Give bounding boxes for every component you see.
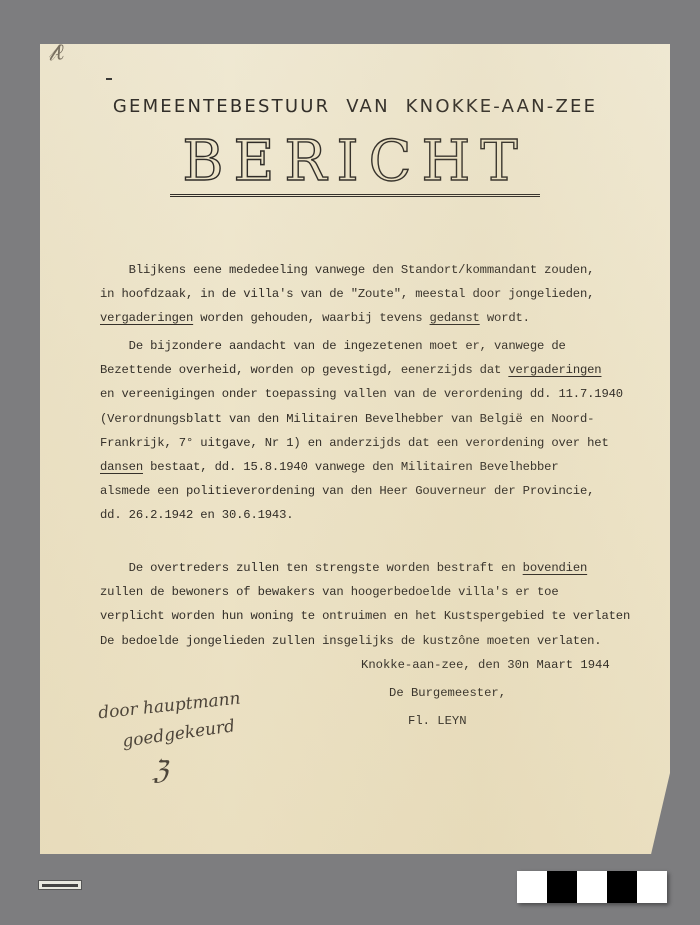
text-segment: verplicht worden hun woning te ontruimen… [100, 609, 630, 623]
scale-block-white [577, 871, 607, 903]
text-segment: Blijkens eene mededeeling vanwege den St… [100, 263, 594, 277]
catalog-label [38, 880, 82, 890]
text-line: De bijzondere aandacht van de ingezetene… [100, 334, 623, 358]
text-segment: dd. 26.2.1942 en 30.6.1943. [100, 508, 293, 522]
text-segment: (Verordnungsblatt van den Militairen Bev… [100, 412, 594, 426]
text-line: Blijkens eene mededeeling vanwege den St… [100, 258, 594, 282]
document-sheet: 𝓁ℓ GEMEENTEBESTUUR VAN KNOKKE-AAN-ZEE BE… [40, 44, 670, 854]
text-line: De bedoelde jongelieden zullen insgelijk… [100, 629, 630, 653]
signatory-title: De Burgemeester, [389, 686, 506, 700]
text-segment: alsmede een politieverordening van den H… [100, 484, 594, 498]
text-line: Bezettende overheid, worden op gevestigd… [100, 358, 623, 382]
scale-block-black [607, 871, 637, 903]
text-segment: en vereenigingen onder toepassing vallen… [100, 387, 623, 401]
text-segment: De bedoelde jongelieden zullen insgelijk… [100, 634, 601, 648]
ink-dash [106, 78, 112, 80]
text-segment: Bezettende overheid, worden op gevestigd… [100, 363, 508, 377]
scale-block-white [637, 871, 667, 903]
text-line: dd. 26.2.1942 en 30.6.1943. [100, 503, 623, 527]
text-line: De overtreders zullen ten strengste word… [100, 556, 630, 580]
text-line: zullen de bewoners of bewakers van hooge… [100, 580, 630, 604]
text-line: Frankrijk, 7° uitgave, Nr 1) en anderzij… [100, 431, 623, 455]
paragraph-1: Blijkens eene mededeeling vanwege den St… [100, 258, 594, 331]
underlined-term: vergaderingen [100, 311, 193, 325]
document-title: BERICHT [170, 132, 540, 197]
color-reference-scale [517, 871, 667, 903]
signatory-name: Fl. LEYN [408, 714, 467, 728]
underlined-term: gedanst [430, 311, 480, 325]
text-line: dansen bestaat, dd. 15.8.1940 vanwege de… [100, 455, 623, 479]
handwritten-note-line2: goedgekeurd [121, 716, 236, 752]
text-line: en vereenigingen onder toepassing vallen… [100, 382, 623, 406]
place-date: Knokke-aan-zee, den 30n Maart 1944 [361, 658, 610, 672]
scale-block-white [517, 871, 547, 903]
underlined-term: bovendien [523, 561, 587, 575]
text-segment: worden gehouden, waarbij tevens [193, 311, 429, 325]
text-line: (Verordnungsblatt van den Militairen Bev… [100, 407, 623, 431]
text-segment: De overtreders zullen ten strengste word… [100, 561, 523, 575]
underlined-term: dansen [100, 460, 143, 474]
text-line: verplicht worden hun woning te ontruimen… [100, 604, 630, 628]
text-segment: in hoofdzaak, in de villa's van de "Zout… [100, 287, 594, 301]
text-segment: wordt. [480, 311, 530, 325]
municipality-heading: GEMEENTEBESTUUR VAN KNOKKE-AAN-ZEE [40, 96, 670, 117]
text-segment: De bijzondere aandacht van de ingezetene… [100, 339, 566, 353]
scale-block-black [547, 871, 577, 903]
text-line: in hoofdzaak, in de villa's van de "Zout… [100, 282, 594, 306]
paragraph-3: De overtreders zullen ten strengste word… [100, 556, 630, 653]
text-segment: bestaat, dd. 15.8.1940 vanwege den Milit… [143, 460, 559, 474]
handwritten-initial: ℨ [152, 756, 168, 786]
underlined-term: vergaderingen [508, 363, 601, 377]
text-segment: Frankrijk, 7° uitgave, Nr 1) en anderzij… [100, 436, 609, 450]
paragraph-2: De bijzondere aandacht van de ingezetene… [100, 334, 623, 528]
text-line: vergaderingen worden gehouden, waarbij t… [100, 306, 594, 330]
text-line: alsmede een politieverordening van den H… [100, 479, 623, 503]
text-segment: zullen de bewoners of bewakers van hooge… [100, 585, 558, 599]
